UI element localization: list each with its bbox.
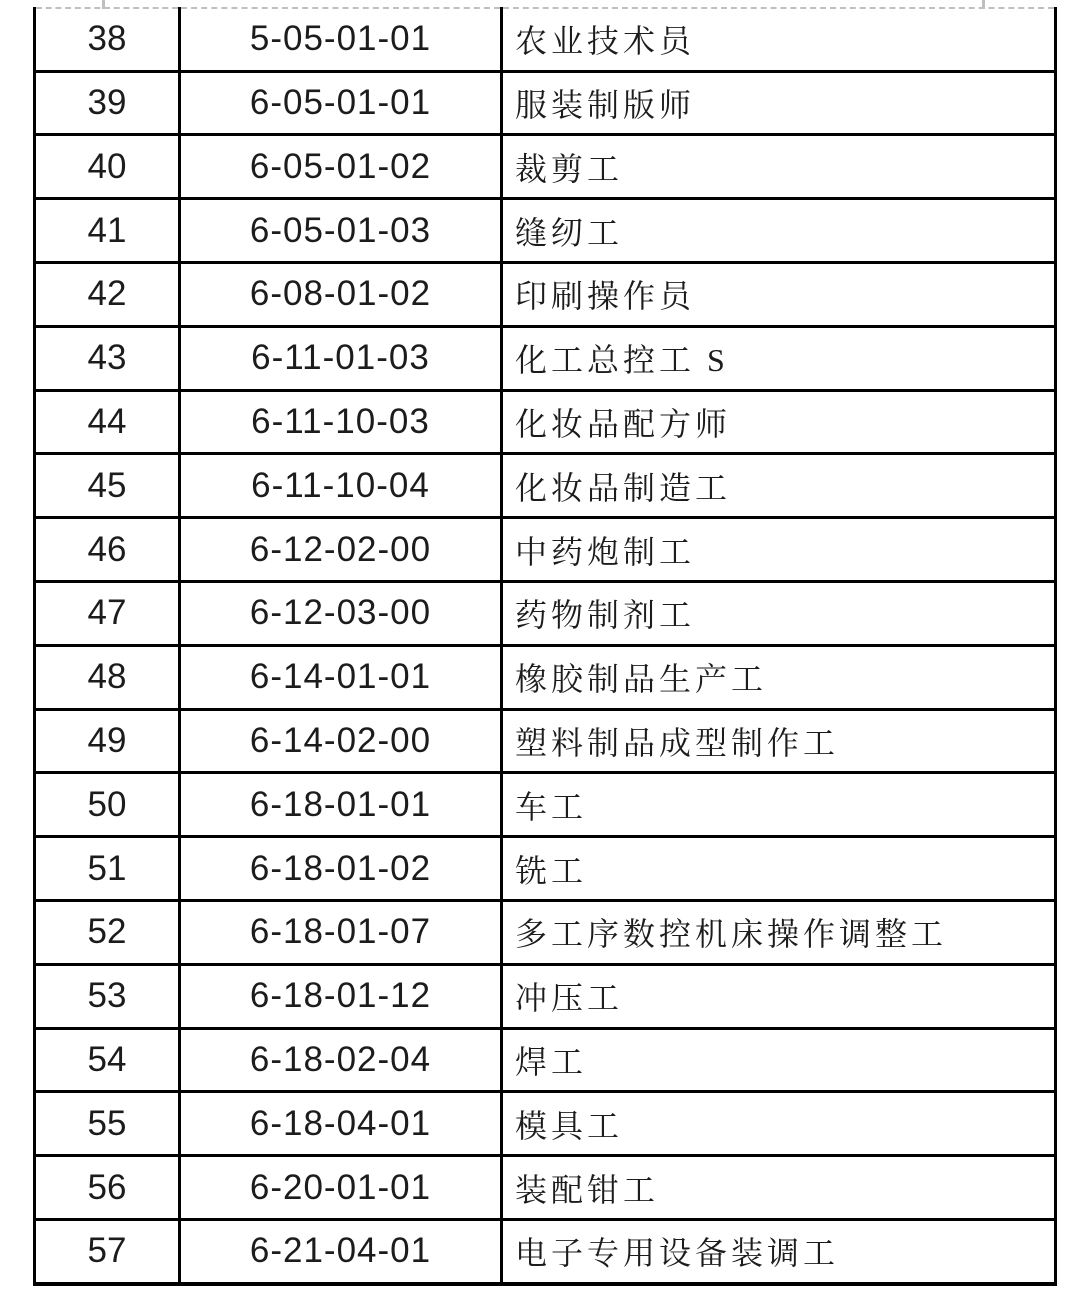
row-number-cell: 43 (35, 326, 180, 390)
row-number-cell: 52 (35, 901, 180, 965)
table-row: 57 6-21-04-01 电子专用设备装调工 (35, 1219, 1056, 1284)
occupation-name-cell: 冲压工 (502, 964, 1056, 1028)
occupation-name-cell: 焊工 (502, 1028, 1056, 1092)
occupation-name-cell: 化妆品制造工 (502, 454, 1056, 518)
row-number-cell: 46 (35, 518, 180, 582)
occupation-code-cell: 6-18-04-01 (180, 1092, 502, 1156)
occupation-name-cell: 印刷操作员 (502, 263, 1056, 327)
row-number-cell: 53 (35, 964, 180, 1028)
occupation-table-body: 38 5-05-01-01 农业技术员 39 6-05-01-01 服装制版师 … (35, 8, 1056, 1284)
row-number-cell: 47 (35, 582, 180, 646)
table-row: 39 6-05-01-01 服装制版师 (35, 71, 1056, 135)
table-row: 53 6-18-01-12 冲压工 (35, 964, 1056, 1028)
table-row: 50 6-18-01-01 车工 (35, 773, 1056, 837)
occupation-name-cell: 服装制版师 (502, 71, 1056, 135)
occupation-code-cell: 6-05-01-01 (180, 71, 502, 135)
row-number-cell: 42 (35, 263, 180, 327)
row-number-cell: 41 (35, 199, 180, 263)
occupation-name-cell: 裁剪工 (502, 135, 1056, 199)
table-row: 47 6-12-03-00 药物制剂工 (35, 582, 1056, 646)
occupation-code-cell: 6-18-01-07 (180, 901, 502, 965)
occupation-name-cell: 化工总控工 S (502, 326, 1056, 390)
row-number-cell: 45 (35, 454, 180, 518)
occupation-code-cell: 6-14-02-00 (180, 709, 502, 773)
row-number-cell: 48 (35, 645, 180, 709)
occupation-code-cell: 6-18-01-02 (180, 837, 502, 901)
occupation-name-cell: 装配钳工 (502, 1156, 1056, 1220)
table-row: 44 6-11-10-03 化妆品配方师 (35, 390, 1056, 454)
occupation-code-cell: 6-20-01-01 (180, 1156, 502, 1220)
table-row: 45 6-11-10-04 化妆品制造工 (35, 454, 1056, 518)
occupation-name-cell: 中药炮制工 (502, 518, 1056, 582)
occupation-code-cell: 6-12-03-00 (180, 582, 502, 646)
occupation-code-cell: 6-05-01-02 (180, 135, 502, 199)
occupation-code-cell: 6-12-02-00 (180, 518, 502, 582)
table-row: 54 6-18-02-04 焊工 (35, 1028, 1056, 1092)
occupation-name-cell: 药物制剂工 (502, 582, 1056, 646)
occupation-name-cell: 农业技术员 (502, 8, 1056, 71)
row-number-cell: 50 (35, 773, 180, 837)
table-row: 52 6-18-01-07 多工序数控机床操作调整工 (35, 901, 1056, 965)
row-number-cell: 57 (35, 1219, 180, 1284)
row-number-cell: 54 (35, 1028, 180, 1092)
occupation-code-cell: 6-05-01-03 (180, 199, 502, 263)
table-row: 51 6-18-01-02 铣工 (35, 837, 1056, 901)
occupation-code-cell: 6-18-02-04 (180, 1028, 502, 1092)
table-row: 42 6-08-01-02 印刷操作员 (35, 263, 1056, 327)
table-row: 40 6-05-01-02 裁剪工 (35, 135, 1056, 199)
occupation-code-cell: 5-05-01-01 (180, 8, 502, 71)
table-row: 49 6-14-02-00 塑料制品成型制作工 (35, 709, 1056, 773)
occupation-name-cell: 多工序数控机床操作调整工 (502, 901, 1056, 965)
table-row: 41 6-05-01-03 缝纫工 (35, 199, 1056, 263)
occupation-code-cell: 6-14-01-01 (180, 645, 502, 709)
row-number-cell: 56 (35, 1156, 180, 1220)
table-row: 56 6-20-01-01 装配钳工 (35, 1156, 1056, 1220)
occupation-code-cell: 6-21-04-01 (180, 1219, 502, 1284)
row-number-cell: 39 (35, 71, 180, 135)
occupation-code-cell: 6-11-10-04 (180, 454, 502, 518)
row-number-cell: 49 (35, 709, 180, 773)
occupation-name-cell: 化妆品配方师 (502, 390, 1056, 454)
occupation-code-cell: 6-08-01-02 (180, 263, 502, 327)
row-number-cell: 44 (35, 390, 180, 454)
occupation-name-cell: 车工 (502, 773, 1056, 837)
occupation-name-cell: 缝纫工 (502, 199, 1056, 263)
occupation-code-cell: 6-18-01-01 (180, 773, 502, 837)
row-number-cell: 55 (35, 1092, 180, 1156)
row-number-cell: 38 (35, 8, 180, 71)
table-row: 38 5-05-01-01 农业技术员 (35, 8, 1056, 71)
table-row: 46 6-12-02-00 中药炮制工 (35, 518, 1056, 582)
table-row: 55 6-18-04-01 模具工 (35, 1092, 1056, 1156)
occupation-code-cell: 6-11-01-03 (180, 326, 502, 390)
table-row: 43 6-11-01-03 化工总控工 S (35, 326, 1056, 390)
row-number-cell: 40 (35, 135, 180, 199)
occupation-name-cell: 电子专用设备装调工 (502, 1219, 1056, 1284)
occupation-name-cell: 橡胶制品生产工 (502, 645, 1056, 709)
document-page: 38 5-05-01-01 农业技术员 39 6-05-01-01 服装制版师 … (0, 0, 1080, 1298)
occupation-table: 38 5-05-01-01 农业技术员 39 6-05-01-01 服装制版师 … (33, 7, 1057, 1286)
occupation-code-cell: 6-11-10-03 (180, 390, 502, 454)
row-number-cell: 51 (35, 837, 180, 901)
occupation-name-cell: 塑料制品成型制作工 (502, 709, 1056, 773)
occupation-name-cell: 铣工 (502, 837, 1056, 901)
occupation-name-cell: 模具工 (502, 1092, 1056, 1156)
occupation-code-cell: 6-18-01-12 (180, 964, 502, 1028)
table-row: 48 6-14-01-01 橡胶制品生产工 (35, 645, 1056, 709)
